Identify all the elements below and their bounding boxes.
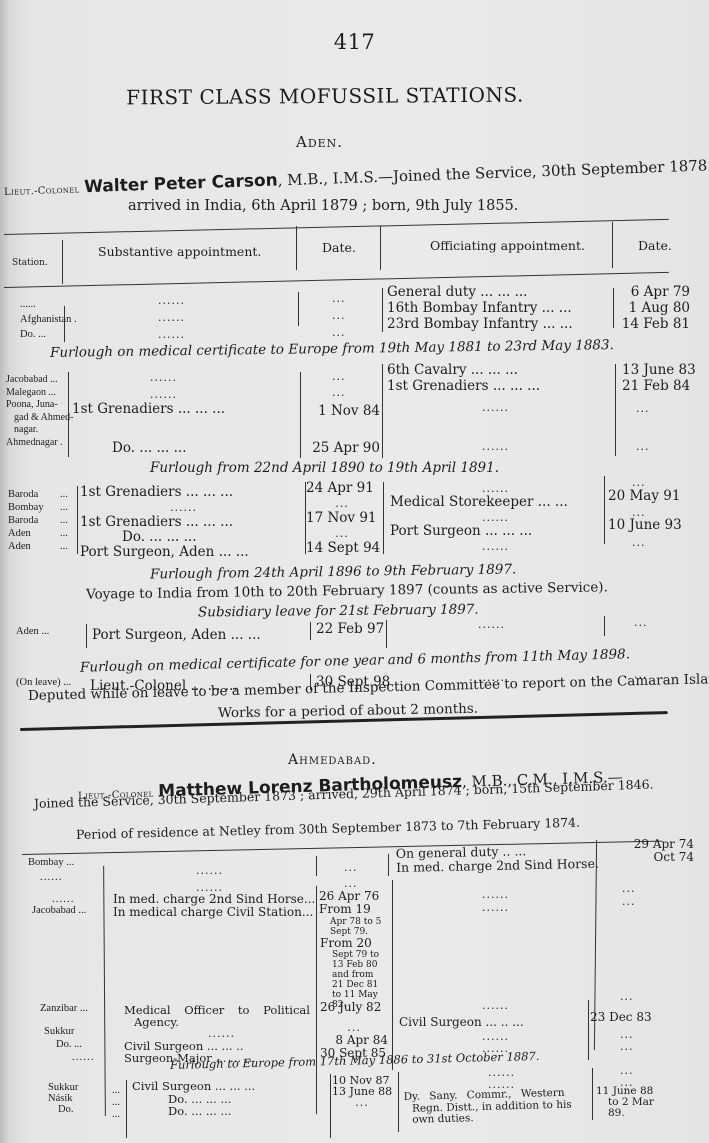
- substantive-block4: Civil Surgeon ... ... ... Do. ... ... ..…: [132, 1080, 255, 1118]
- substantive-cell: ......: [150, 388, 177, 401]
- header-divider: [296, 226, 297, 270]
- date-cell: ...: [634, 616, 648, 629]
- substantive-cell: 1st Grenadiers ... ... ...: [72, 401, 225, 417]
- document-page: 417 FIRST CLASS MOFUSSIL STATIONS. Aden.…: [0, 0, 709, 1143]
- station-cell: Aden ...: [16, 626, 49, 637]
- substantive-block3: 1st Grenadiers ... ... ... ...... 1st Gr…: [80, 485, 249, 560]
- station-cell: ......: [40, 1051, 95, 1064]
- date-cell: 1 Aug 80: [620, 300, 690, 316]
- substantive-cell: Port Surgeon, Aden ... ...: [80, 545, 249, 560]
- officer-details: , M.B., I.M.S.—Joined the Service, 30th …: [277, 156, 709, 189]
- station-cell: nagar.: [6, 424, 73, 437]
- column-divider: [604, 476, 605, 544]
- furlough-note: Furlough from 24th April 1896 to 9th Feb…: [150, 561, 516, 582]
- officiating-cell: 6th Cavalry ... ... ...: [387, 362, 518, 378]
- officer-header-carson: Lieut.-Colonel Walter Peter Carson, M.B.…: [4, 155, 709, 200]
- date-detail: 13 Feb 80: [332, 960, 379, 970]
- station-cell: Sukkur: [40, 1025, 95, 1038]
- substantive-cell: ......: [80, 500, 249, 515]
- date-cell: ...: [306, 526, 378, 541]
- date-detail: and from: [332, 970, 379, 980]
- officiating-cell: 1st Grenadiers ... ... ...: [387, 378, 540, 394]
- column-divider: [382, 364, 383, 458]
- date-cell: 23 Dec 83: [590, 1010, 652, 1024]
- voyage-note: Voyage to India from 10th to 20th Februa…: [86, 579, 608, 602]
- subsidiary-leave-note: Subsidiary leave for 21st February 1897.: [198, 602, 479, 621]
- station-cell: Jacobabad ...: [32, 905, 86, 917]
- substantive-cell: ......: [196, 862, 223, 879]
- officiating-cell: ......: [482, 901, 509, 914]
- date-cell: 25 Apr 90: [302, 440, 380, 456]
- officiating-cell: In med. charge 2nd Sind Horse.: [396, 857, 599, 875]
- date-cell: From 20: [320, 936, 372, 950]
- officiating-block1: General duty ... ... ... 16th Bombay Inf…: [387, 284, 573, 332]
- furlough-note: Furlough from 22nd April 1890 to 19th Ap…: [150, 460, 499, 476]
- station-cell: Poona, Juna-: [6, 399, 73, 412]
- column-divider: [392, 880, 393, 1070]
- station-cell: gad & Ahmed-: [6, 412, 73, 425]
- date-detail: Sept 79 to: [332, 950, 379, 960]
- station-cell: Baroda: [8, 514, 44, 527]
- date2-block4: 11 June 88 to 2 Mar 89.: [596, 1086, 654, 1119]
- officiating-dy-sany-commr: Dy. Sany. Commr., Western Regn. Distt., …: [404, 1088, 573, 1127]
- officiating-cell: General duty ... ... ...: [387, 284, 573, 300]
- officer-rank: Lieut.-Colonel: [4, 184, 80, 198]
- date1-block2: 26 Apr 76 From 19: [319, 890, 389, 916]
- date-cell: ...: [632, 536, 646, 549]
- leader-dots: ...: [60, 501, 68, 514]
- substantive-cell: ......: [158, 326, 185, 343]
- officiating-cell: Port Surgeon ... ... ...: [390, 523, 532, 539]
- header-top-rule: [4, 219, 669, 235]
- column-divider: [68, 372, 69, 457]
- date-cell: 17 Nov 91: [306, 511, 378, 526]
- column-divider: [86, 624, 87, 648]
- date-cell: 22 Feb 97: [316, 621, 384, 637]
- leader-dots: ...: [60, 527, 68, 540]
- date-cell: 26 July 82: [320, 1001, 388, 1014]
- date1-block4: 10 Nov 87 13 June 88 ...: [332, 1075, 392, 1108]
- date-cell: From 19: [319, 903, 389, 916]
- date1-block1: ... ... ...: [332, 290, 346, 341]
- header-station: Station.: [12, 258, 48, 268]
- substantive-cell: Do. ... ... ...: [80, 530, 249, 545]
- station-cell: Baroda: [8, 488, 44, 501]
- station-cell: Ahmednagar .: [6, 437, 73, 450]
- officiating-block1: On general duty .. ... In med. charge 2n…: [396, 843, 599, 875]
- date-cell: ...: [636, 440, 650, 453]
- header-divider: [380, 226, 381, 270]
- substantive-cell: Civil Surgeon ... ... ...: [132, 1080, 255, 1093]
- leader-dots: ...: [112, 1085, 120, 1097]
- station-heading-ahmedabad: Ahmedabad.: [288, 752, 377, 768]
- column-divider: [386, 620, 387, 648]
- date-cell: 6 Apr 79: [620, 284, 690, 300]
- substantive-cell: ......: [158, 309, 185, 326]
- date-detail: 21 Dec 81: [332, 980, 379, 990]
- substantive-cell: 1st Grenadiers ... ... ...: [80, 485, 249, 500]
- station-cell: Do.: [48, 1104, 78, 1115]
- date-cell: ...: [344, 860, 358, 876]
- date-cell: ...: [332, 307, 346, 324]
- stations-block3: Zanzibar ... Sukkur Do. ... ......: [40, 1002, 95, 1064]
- officiating-cell: Medical Storekeeper ... ...: [390, 494, 568, 510]
- substantive-block1: ...... ......: [196, 862, 223, 896]
- header-divider: [612, 222, 613, 268]
- date-cell: ...: [332, 290, 346, 307]
- officiating-cell: ......: [482, 888, 509, 901]
- column-divider: [310, 622, 311, 640]
- substantive-cell: Do. ... ... ...: [132, 1105, 255, 1118]
- date1-block3: 24 Apr 91 ... 17 Nov 91 ... 14 Sept 94: [306, 481, 378, 556]
- officiating-cell: ......: [482, 401, 509, 414]
- date2-block2: ... ...: [622, 882, 636, 908]
- officer-details-line2: arrived in India, 6th April 1879 ; born,…: [128, 198, 518, 214]
- date-cell: ...: [622, 882, 636, 895]
- column-divider: [615, 364, 616, 456]
- station-cell: Násik: [48, 1093, 78, 1104]
- date-cell: 13 June 83: [622, 362, 696, 378]
- header-date2: Date.: [638, 238, 672, 253]
- date-cell: 14 Sept 94: [306, 541, 378, 556]
- station-cell: ......: [20, 297, 77, 312]
- station-cell: Sukkur: [48, 1082, 78, 1093]
- date-cell: ...: [332, 370, 346, 383]
- page-number: 417: [0, 30, 709, 54]
- column-divider: [388, 854, 389, 876]
- header-date1: Date.: [322, 240, 356, 255]
- substantive-cell: ......: [150, 371, 177, 384]
- leader-dots: ...: [60, 514, 68, 527]
- officer-name: Walter Peter Carson: [84, 170, 278, 197]
- column-divider: [300, 372, 301, 458]
- station-cell: Aden: [8, 527, 44, 540]
- date-cell: ...: [332, 1097, 392, 1108]
- date2-block1: 6 Apr 79 1 Aug 80 14 Feb 81: [620, 284, 690, 332]
- furlough-note: Furlough on medical certificate for one …: [80, 646, 630, 675]
- date-cell: ...: [332, 324, 346, 341]
- header-substantive: Substantive appointment.: [98, 244, 261, 259]
- officiating-cell: 23rd Bombay Infantry ... ...: [387, 316, 573, 332]
- date1-block1: ... ...: [344, 860, 358, 892]
- column-divider: [613, 288, 614, 328]
- date-cell: 89.: [596, 1108, 654, 1119]
- stations-block1: Bombay ... ......: [28, 855, 74, 885]
- column-divider: [592, 1068, 593, 1120]
- station-dots-block4: ... ... ...: [112, 1085, 120, 1121]
- date-cell: 24 Apr 91: [306, 481, 378, 496]
- date-detail: to 11 May: [332, 990, 379, 1000]
- stations-block4: Sukkur Násik Do.: [48, 1082, 78, 1115]
- date-cell: 20 May 91: [608, 488, 680, 504]
- stations-block1: ...... Afghanistan . Do. ...: [20, 297, 77, 342]
- netley-note: Period of residence at Netley from 30th …: [76, 815, 580, 842]
- leader-dots: ...: [60, 540, 68, 553]
- stations-block3: Baroda Bombay Baroda Aden Aden: [8, 488, 44, 553]
- date-detail: Apr 78 to 5: [330, 917, 381, 927]
- date1-detail-a: Apr 78 to 5 Sept 79.: [330, 917, 381, 937]
- column-divider: [604, 616, 605, 636]
- leader-dots: ...: [60, 488, 68, 501]
- date2-block1: 29 Apr 74 Oct 74: [598, 838, 694, 864]
- date-cell: 14 Feb 81: [620, 316, 690, 332]
- date-cell: ...: [620, 1040, 634, 1053]
- station-cell: Jacobabad ...: [6, 374, 73, 387]
- station-cell: Aden: [8, 540, 44, 553]
- column-divider: [398, 1072, 399, 1132]
- date-cell: ...: [622, 895, 636, 908]
- substantive-cell: Port Surgeon, Aden ... ...: [92, 627, 261, 643]
- header-divider: [62, 240, 63, 284]
- date-cell: 10 June 93: [608, 517, 682, 533]
- column-divider: [77, 486, 78, 554]
- station-cell: Afghanistan .: [20, 312, 77, 327]
- station-cell: Do. ...: [40, 1038, 95, 1051]
- column-divider: [383, 482, 384, 554]
- column-divider: [330, 1074, 331, 1138]
- substantive-block2: In med. charge 2nd Sind Horse... In medi…: [113, 893, 315, 919]
- station-cell: Malegaon ...: [6, 387, 73, 400]
- date-cell: ...: [636, 402, 650, 415]
- column-divider: [588, 1000, 589, 1060]
- column-divider: [316, 856, 317, 876]
- date1-block3: 26 July 82 ... 8 Apr 84 30 Sept 85: [320, 1001, 388, 1059]
- station-cell: Zanzibar ...: [40, 1002, 95, 1015]
- officiating-cell: ......: [478, 618, 505, 631]
- substantive-cell: In medical charge Civil Station...: [113, 906, 315, 919]
- station-cell: ......: [32, 893, 86, 905]
- officiating-cell: own duties.: [404, 1111, 572, 1127]
- officiating-cell: Civil Surgeon ... .. ...: [399, 1015, 524, 1029]
- officiating-cell: ......: [482, 540, 509, 553]
- date-cell: 21 Feb 84: [622, 378, 690, 394]
- date-cell: ...: [306, 496, 378, 511]
- station-cell: Do. ...: [20, 327, 77, 342]
- station-dots-block3: ... ... ... ... ...: [60, 488, 68, 553]
- officiating-cell: ......: [482, 999, 509, 1012]
- date-cell: Oct 74: [598, 851, 694, 864]
- page-title: FIRST CLASS MOFUSSIL STATIONS.: [0, 82, 650, 111]
- substantive-cell: Do. ... ... ...: [112, 440, 187, 456]
- date-cell: ...: [620, 990, 634, 1003]
- station-cell: Bombay: [8, 501, 44, 514]
- header-officiating: Officiating appointment.: [430, 238, 585, 253]
- furlough-note: Furlough on medical certificate to Europ…: [50, 337, 614, 361]
- officiating-cell: 16th Bombay Infantry ... ...: [387, 300, 573, 316]
- date-cell: 1 Nov 84: [308, 403, 380, 419]
- leader-dots: ...: [112, 1109, 120, 1121]
- date-cell: to 2 Mar: [596, 1097, 654, 1108]
- substantive-cell: ......: [158, 292, 185, 309]
- column-divider: [298, 292, 299, 326]
- station-heading-aden: Aden.: [296, 133, 343, 151]
- substantive-block1: ...... ...... ......: [158, 292, 185, 343]
- column-divider: [382, 288, 383, 332]
- officiating-block2: ...... ......: [482, 888, 509, 914]
- officiating-cell: ......: [482, 440, 509, 453]
- column-divider: [103, 866, 106, 1116]
- column-divider: [126, 1080, 127, 1138]
- substantive-cell: 1st Grenadiers ... ... ...: [80, 515, 249, 530]
- date-cell: ...: [332, 386, 346, 399]
- date-cell: 8 Apr 84: [320, 1034, 388, 1047]
- stations-block2: Jacobabad ... Malegaon ... Poona, Juna- …: [6, 374, 73, 449]
- stations-block2: ...... Jacobabad ...: [32, 893, 86, 917]
- column-divider: [316, 886, 317, 1114]
- leader-dots: ...: [112, 1097, 120, 1109]
- station-cell: Bombay ...: [28, 855, 74, 870]
- column-divider: [64, 306, 65, 342]
- station-cell: ......: [28, 870, 74, 885]
